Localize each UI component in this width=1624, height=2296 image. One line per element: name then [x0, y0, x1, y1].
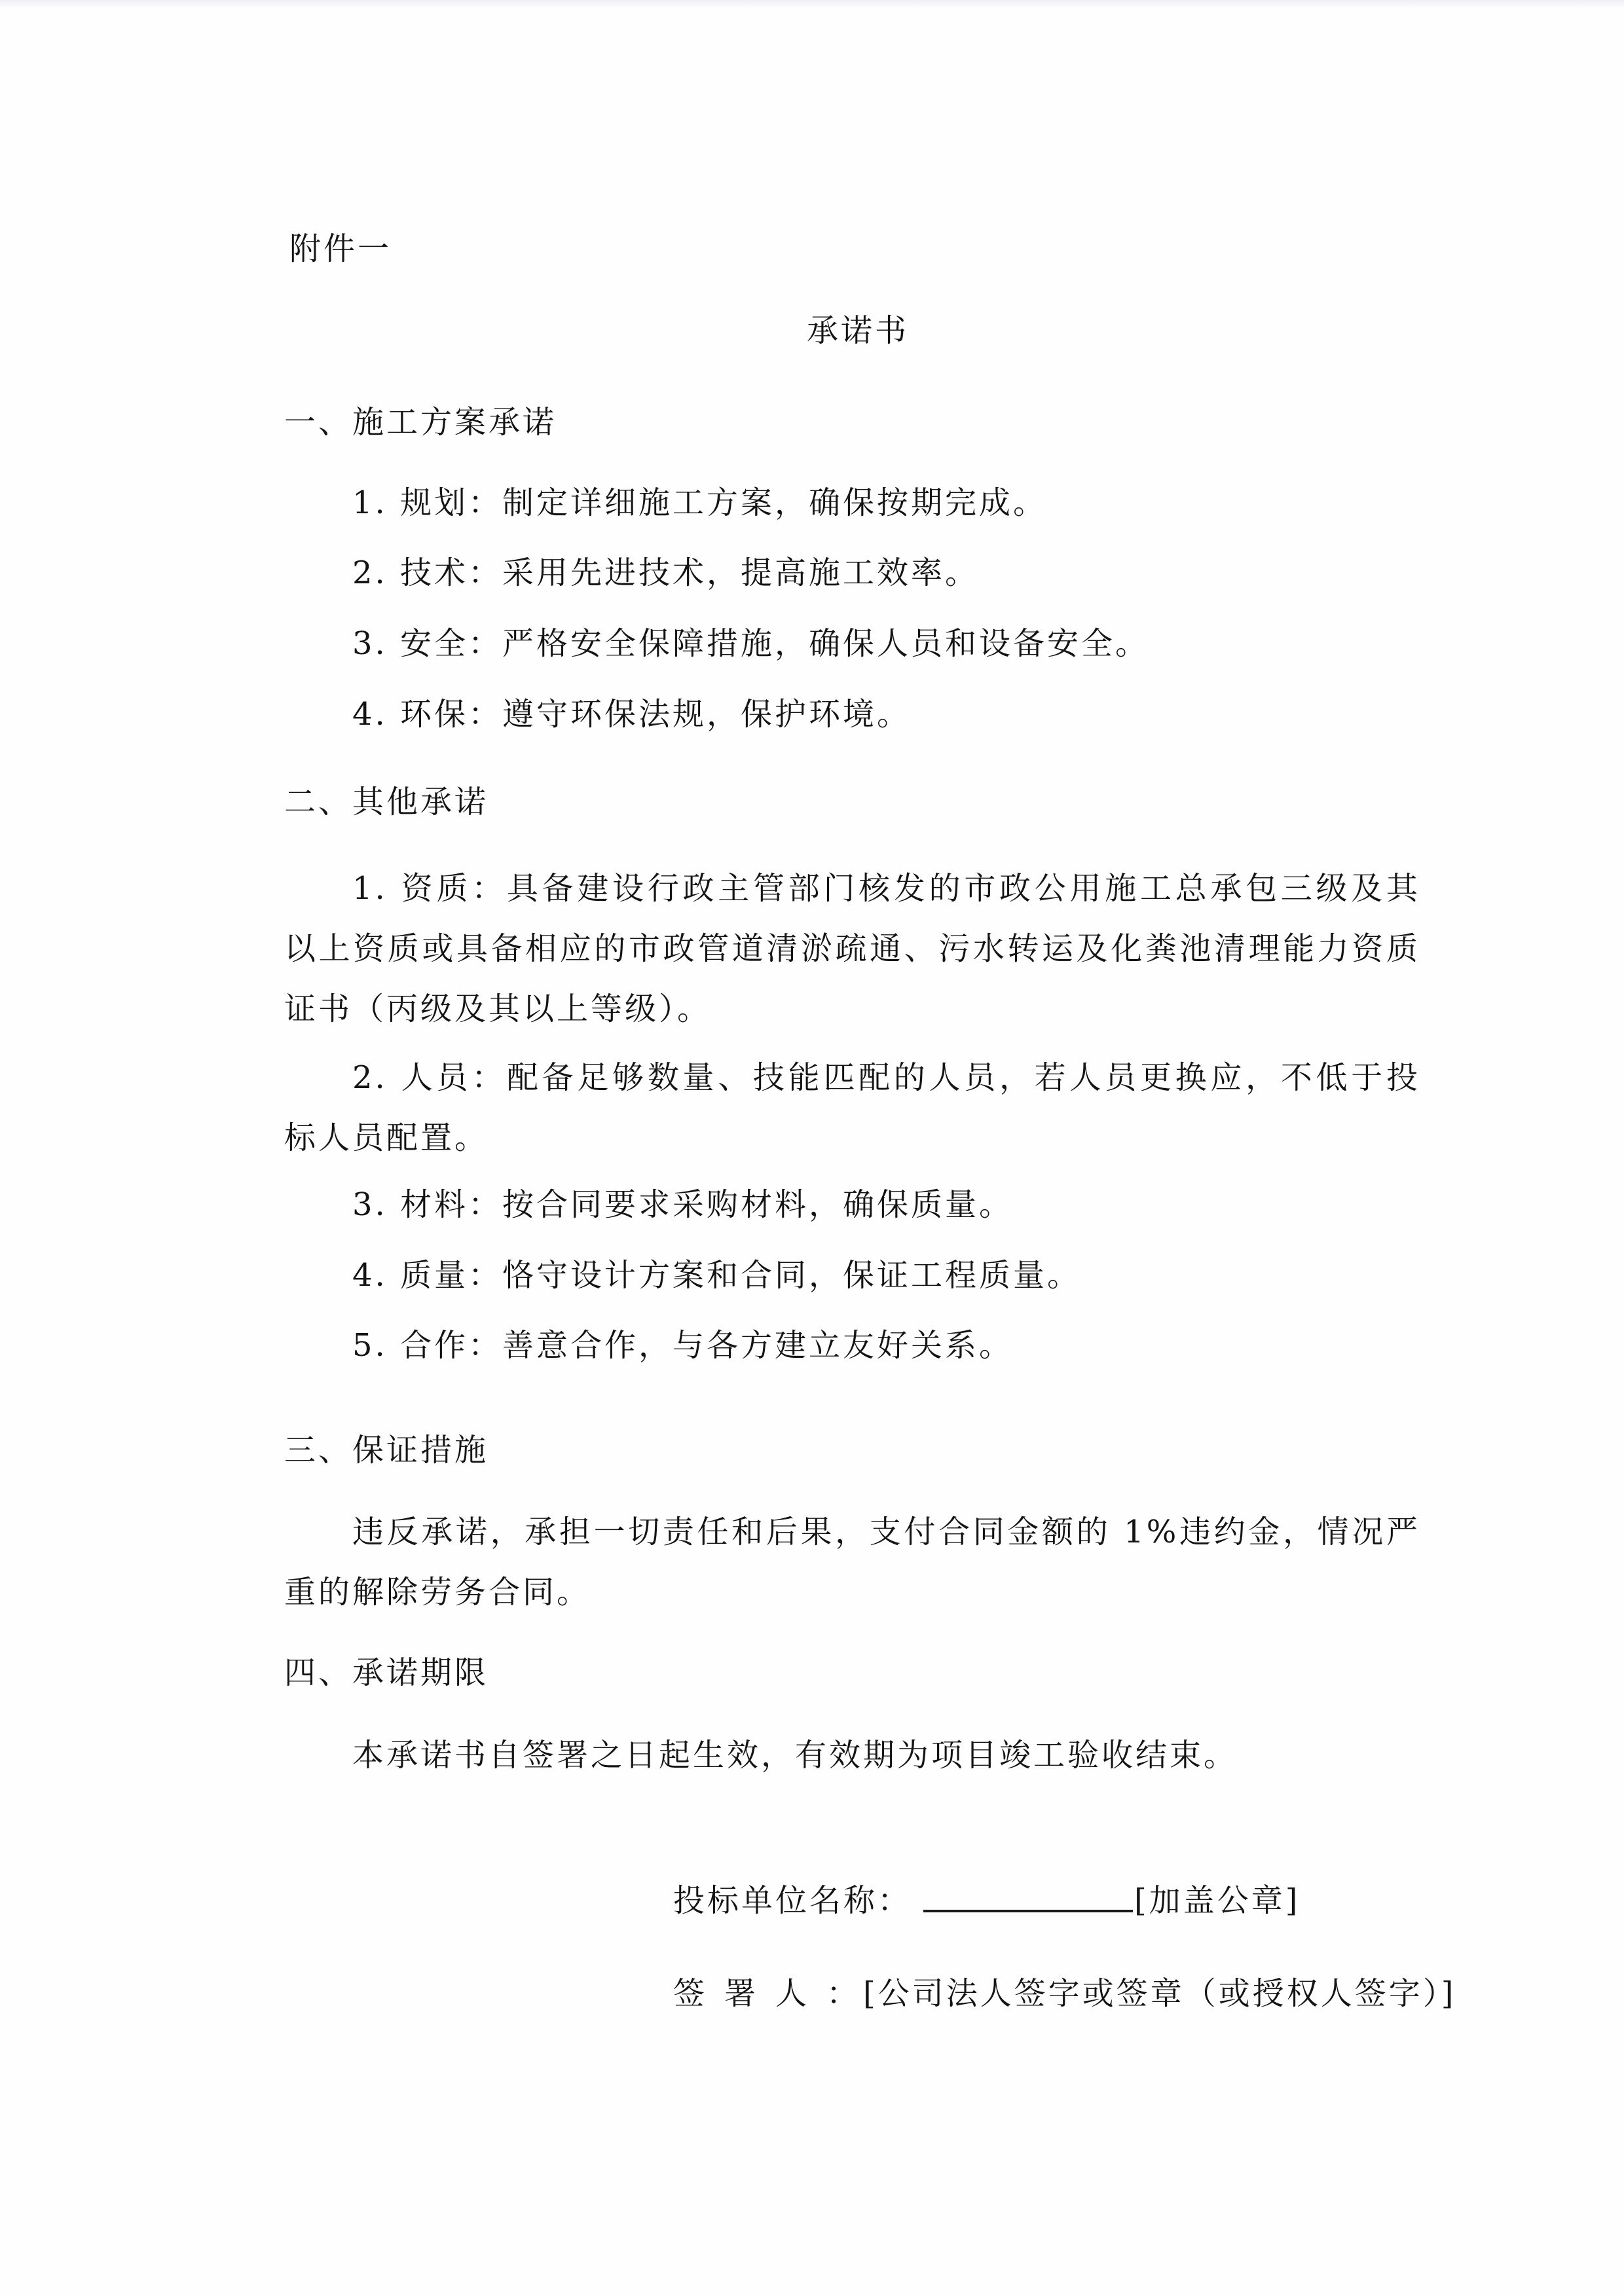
- term-paragraph: 本承诺书自签署之日起生效，有效期为项目竣工验收结束。: [284, 1725, 1420, 1785]
- list-item-paragraph: 1. 资质：具备建设行政主管部门核发的市政公用施工总承包三级及其以上资质或具备相…: [284, 858, 1420, 1039]
- document-title: 承诺书: [807, 311, 909, 350]
- scan-edge-artifact: [0, 0, 1624, 9]
- list-item: 3. 材料：按合同要求采购材料，确保质量。: [352, 1185, 1013, 1224]
- section-heading-plan: 一、施工方案承诺: [284, 403, 557, 442]
- company-seal-note: [加盖公章]: [1134, 1881, 1300, 1920]
- bidder-name-label: 投标单位名称：: [673, 1881, 912, 1920]
- attachment-label: 附件一: [289, 229, 392, 268]
- signer-note: [公司法人签字或签章（或授权人签字）]: [863, 1974, 1456, 2013]
- bidder-name-row: 投标单位名称： [加盖公章]: [673, 1881, 1300, 1920]
- signer-row: 签署人： [公司法人签字或签章（或授权人签字）]: [673, 1974, 1456, 2013]
- list-item: 4. 质量：恪守设计方案和合同，保证工程质量。: [352, 1256, 1081, 1295]
- list-item: 1. 规划：制定详细施工方案，确保按期完成。: [352, 483, 1047, 522]
- signer-label: 签署人：: [673, 1974, 877, 2013]
- section-heading-term: 四、承诺期限: [284, 1653, 489, 1692]
- guarantee-paragraph: 违反承诺，承担一切责任和后果，支付合同金额的 1%违约金，情况严重的解除劳务合同…: [284, 1502, 1420, 1622]
- section-heading-other: 二、其他承诺: [284, 782, 489, 822]
- list-item: 4. 环保：遵守环保法规，保护环境。: [352, 695, 911, 734]
- list-item: 2. 技术：采用先进技术，提高施工效率。: [352, 553, 979, 592]
- document-page: 附件一 承诺书 一、施工方案承诺 1. 规划：制定详细施工方案，确保按期完成。 …: [0, 0, 1624, 2296]
- list-item: 5. 合作：善意合作，与各方建立友好关系。: [352, 1326, 1013, 1365]
- list-item: 3. 安全：严格安全保障措施，确保人员和设备安全。: [352, 624, 1149, 663]
- section-heading-guarantee: 三、保证措施: [284, 1430, 489, 1470]
- list-item-paragraph: 2. 人员：配备足够数量、技能匹配的人员，若人员更换应，不低于投标人员配置。: [284, 1048, 1420, 1168]
- bidder-name-blank[interactable]: [923, 1910, 1133, 1912]
